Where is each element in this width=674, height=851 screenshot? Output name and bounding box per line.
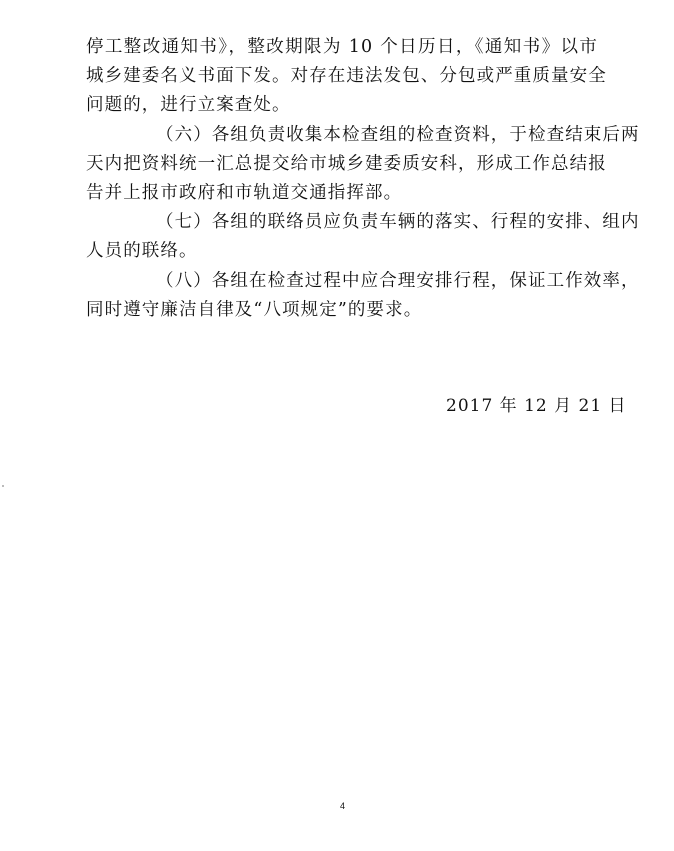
paragraph-line: 人员的联络。: [86, 237, 598, 266]
page-number: 4: [340, 801, 345, 811]
paragraph-line: 问题的，进行立案查处。: [86, 91, 598, 120]
paragraph-line: 城乡建委名义书面下发。对存在违法发包、分包或严重质量安全: [86, 62, 598, 91]
paragraph-line: 天内把资料统一汇总提交给市城乡建委质安科，形成工作总结报: [86, 150, 598, 179]
document-page: 停工整改通知书》，整改期限为 10 个日历日，《通知书》以市 城乡建委名义书面下…: [0, 0, 674, 851]
document-date: 2017 年 12 月 21 日: [446, 391, 627, 416]
scan-artifact: [2, 485, 4, 487]
paragraph-seven-line: （七）各组的联络员应负责车辆的落实、行程的安排、组内: [86, 208, 598, 237]
document-body: 停工整改通知书》，整改期限为 10 个日历日，《通知书》以市 城乡建委名义书面下…: [86, 33, 598, 325]
paragraph-eight-line: （八）各组在检查过程中应合理安排行程，保证工作效率，: [86, 267, 598, 296]
paragraph-line: 停工整改通知书》，整改期限为 10 个日历日，《通知书》以市: [86, 33, 598, 62]
paragraph-line: 告并上报市政府和市轨道交通指挥部。: [86, 179, 598, 208]
paragraph-six-line: （六）各组负责收集本检查组的检查资料，于检查结束后两: [86, 121, 598, 150]
paragraph-line: 同时遵守廉洁自律及“八项规定”的要求。: [86, 296, 598, 325]
